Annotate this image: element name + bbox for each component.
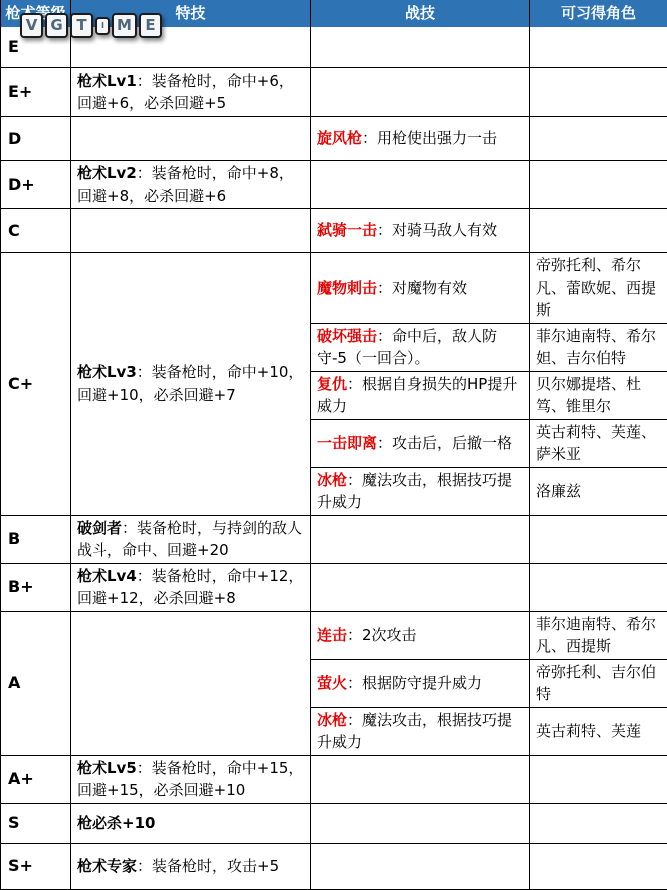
perk-name: 枪必杀+10 xyxy=(77,814,155,832)
perk-cell: 枪术专家：装备枪时，攻击+5 xyxy=(71,844,311,890)
chars-cell: 菲尔迪南特、希尔妲、吉尔伯特 xyxy=(530,324,667,372)
art-desc: ：2次攻击 xyxy=(347,626,417,644)
art-name: 弑骑一击 xyxy=(317,221,377,239)
table-row: S 枪必杀+10 xyxy=(1,804,667,844)
art-cell xyxy=(311,27,530,68)
art-name: 连击 xyxy=(317,626,347,644)
perk-cell: 枪术Lv4：装备枪时，命中+12，回避+12，必杀回避+8 xyxy=(71,564,311,612)
perk-name: 枪术Lv5 xyxy=(77,759,137,777)
art-desc: ：根据自身损失的HP提升威力 xyxy=(317,375,517,416)
perk-cell xyxy=(71,27,311,68)
col-header-combat-art: 战技 xyxy=(311,0,530,27)
chars-cell xyxy=(530,68,667,117)
table-row: D+ 枪术Lv2：装备枪时，命中+8，回避+8，必杀回避+6 xyxy=(1,161,667,209)
art-name: 旋风枪 xyxy=(317,129,362,147)
chars-cell xyxy=(530,564,667,612)
perk-cell: 枪必杀+10 xyxy=(71,804,311,844)
perk-cell xyxy=(71,117,311,161)
level-cell: A xyxy=(1,612,71,756)
art-desc: ：对魔物有效 xyxy=(377,279,467,297)
perk-name: 枪术Lv4 xyxy=(77,567,137,585)
table-row: D 旋风枪：用枪使出强力一击 xyxy=(1,117,667,161)
level-cell: B+ xyxy=(1,564,71,612)
chars-cell: 英古莉特、芙莲、萨米亚 xyxy=(530,420,667,468)
chars-cell: 洛廉兹 xyxy=(530,468,667,516)
level-cell: S+ xyxy=(1,844,71,890)
art-desc: ：用枪使出强力一击 xyxy=(362,129,497,147)
perk-cell: 枪术Lv5：装备枪时，命中+15，回避+15，必杀回避+10 xyxy=(71,756,311,804)
art-cell: 一击即离：攻击后，后撤一格 xyxy=(311,420,530,468)
art-cell xyxy=(311,161,530,209)
art-cell: 弑骑一击：对骑马敌人有效 xyxy=(311,209,530,253)
art-cell: 冰枪：魔法攻击，根据技巧提升威力 xyxy=(311,468,530,516)
perk-cell: 枪术Lv2：装备枪时，命中+8，回避+8，必杀回避+6 xyxy=(71,161,311,209)
art-desc: ：攻击后，后撤一格 xyxy=(377,434,512,452)
art-desc: ：根据防守提升威力 xyxy=(347,674,482,692)
level-cell: S xyxy=(1,804,71,844)
chars-cell: 帝弥托利、希尔凡、蕾欧妮、西提斯 xyxy=(530,253,667,324)
art-name: 冰枪 xyxy=(317,711,347,729)
perk-name: 破剑者 xyxy=(77,519,122,537)
level-cell: C xyxy=(1,209,71,253)
table-row: E+ 枪术Lv1：装备枪时，命中+6，回避+6，必杀回避+5 xyxy=(1,68,667,117)
chars-cell xyxy=(530,117,667,161)
table-row: S+ 枪术专家：装备枪时，攻击+5 xyxy=(1,844,667,890)
table-row: C 弑骑一击：对骑马敌人有效 xyxy=(1,209,667,253)
perk-cell xyxy=(71,209,311,253)
chars-cell xyxy=(530,161,667,209)
art-name: 复仇 xyxy=(317,375,347,393)
level-cell: D xyxy=(1,117,71,161)
art-desc: ：对骑马敌人有效 xyxy=(377,221,497,239)
col-header-lance-rank: 枪术等级 xyxy=(1,0,71,27)
chars-cell xyxy=(530,844,667,890)
art-desc: ：魔法攻击，根据技巧提升威力 xyxy=(317,471,512,512)
art-name: 破坏强击 xyxy=(317,327,377,345)
level-cell: C+ xyxy=(1,253,71,516)
art-cell: 旋风枪：用枪使出强力一击 xyxy=(311,117,530,161)
lance-skill-table: 枪术等级 特技 战技 可习得角色 E E+ 枪术Lv1：装备枪时，命中+6，回避… xyxy=(0,0,667,890)
perk-name: 枪术Lv3 xyxy=(77,363,137,381)
chars-cell: 帝弥托利、吉尔伯特 xyxy=(530,660,667,708)
chars-cell xyxy=(530,804,667,844)
level-cell: E+ xyxy=(1,68,71,117)
perk-name: 枪术专家 xyxy=(77,857,137,875)
perk-name: 枪术Lv2 xyxy=(77,164,137,182)
art-cell: 复仇：根据自身损失的HP提升威力 xyxy=(311,372,530,420)
chars-cell: 菲尔迪南特、希尔凡、西提斯 xyxy=(530,612,667,660)
perk-cell xyxy=(71,612,311,756)
art-cell: 破坏强击：命中后，敌人防守-5（一回合）。 xyxy=(311,324,530,372)
table-row: B+ 枪术Lv4：装备枪时，命中+12，回避+12，必杀回避+8 xyxy=(1,564,667,612)
chars-cell xyxy=(530,756,667,804)
chars-cell xyxy=(530,516,667,564)
perk-cell: 枪术Lv1：装备枪时，命中+6，回避+6，必杀回避+5 xyxy=(71,68,311,117)
col-header-learnable-characters: 可习得角色 xyxy=(530,0,667,27)
level-cell: D+ xyxy=(1,161,71,209)
art-cell xyxy=(311,844,530,890)
table-row: A 连击：2次攻击 菲尔迪南特、希尔凡、西提斯 xyxy=(1,612,667,660)
art-cell xyxy=(311,564,530,612)
art-desc: ：魔法攻击，根据技巧提升威力 xyxy=(317,711,512,752)
art-cell: 萤火：根据防守提升威力 xyxy=(311,660,530,708)
art-name: 冰枪 xyxy=(317,471,347,489)
art-cell xyxy=(311,756,530,804)
art-cell xyxy=(311,516,530,564)
level-cell: A+ xyxy=(1,756,71,804)
level-cell: B xyxy=(1,516,71,564)
perk-name: 枪术Lv1 xyxy=(77,72,137,90)
chars-cell: 贝尔娜提塔、杜笃、锥里尔 xyxy=(530,372,667,420)
perk-cell: 枪术Lv3：装备枪时，命中+10，回避+10，必杀回避+7 xyxy=(71,253,311,516)
art-cell: 连击：2次攻击 xyxy=(311,612,530,660)
col-header-perk: 特技 xyxy=(71,0,311,27)
chars-cell xyxy=(530,27,667,68)
table-row: B 破剑者：装备枪时，与持剑的敌人战斗，命中、回避+20 xyxy=(1,516,667,564)
table-row: E xyxy=(1,27,667,68)
art-cell xyxy=(311,804,530,844)
art-name: 一击即离 xyxy=(317,434,377,452)
chars-cell xyxy=(530,209,667,253)
art-name: 魔物刺击 xyxy=(317,279,377,297)
art-cell xyxy=(311,68,530,117)
table-row: C+ 枪术Lv3：装备枪时，命中+10，回避+10，必杀回避+7 魔物刺击：对魔… xyxy=(1,253,667,324)
art-cell: 魔物刺击：对魔物有效 xyxy=(311,253,530,324)
table-row: A+ 枪术Lv5：装备枪时，命中+15，回避+15，必杀回避+10 xyxy=(1,756,667,804)
chars-cell: 英古莉特、芙莲 xyxy=(530,708,667,756)
level-cell: E xyxy=(1,27,71,68)
perk-desc: ：装备枪时，攻击+5 xyxy=(137,857,279,875)
perk-cell: 破剑者：装备枪时，与持剑的敌人战斗，命中、回避+20 xyxy=(71,516,311,564)
art-cell: 冰枪：魔法攻击，根据技巧提升威力 xyxy=(311,708,530,756)
header-row: 枪术等级 特技 战技 可习得角色 xyxy=(1,0,667,27)
art-name: 萤火 xyxy=(317,674,347,692)
